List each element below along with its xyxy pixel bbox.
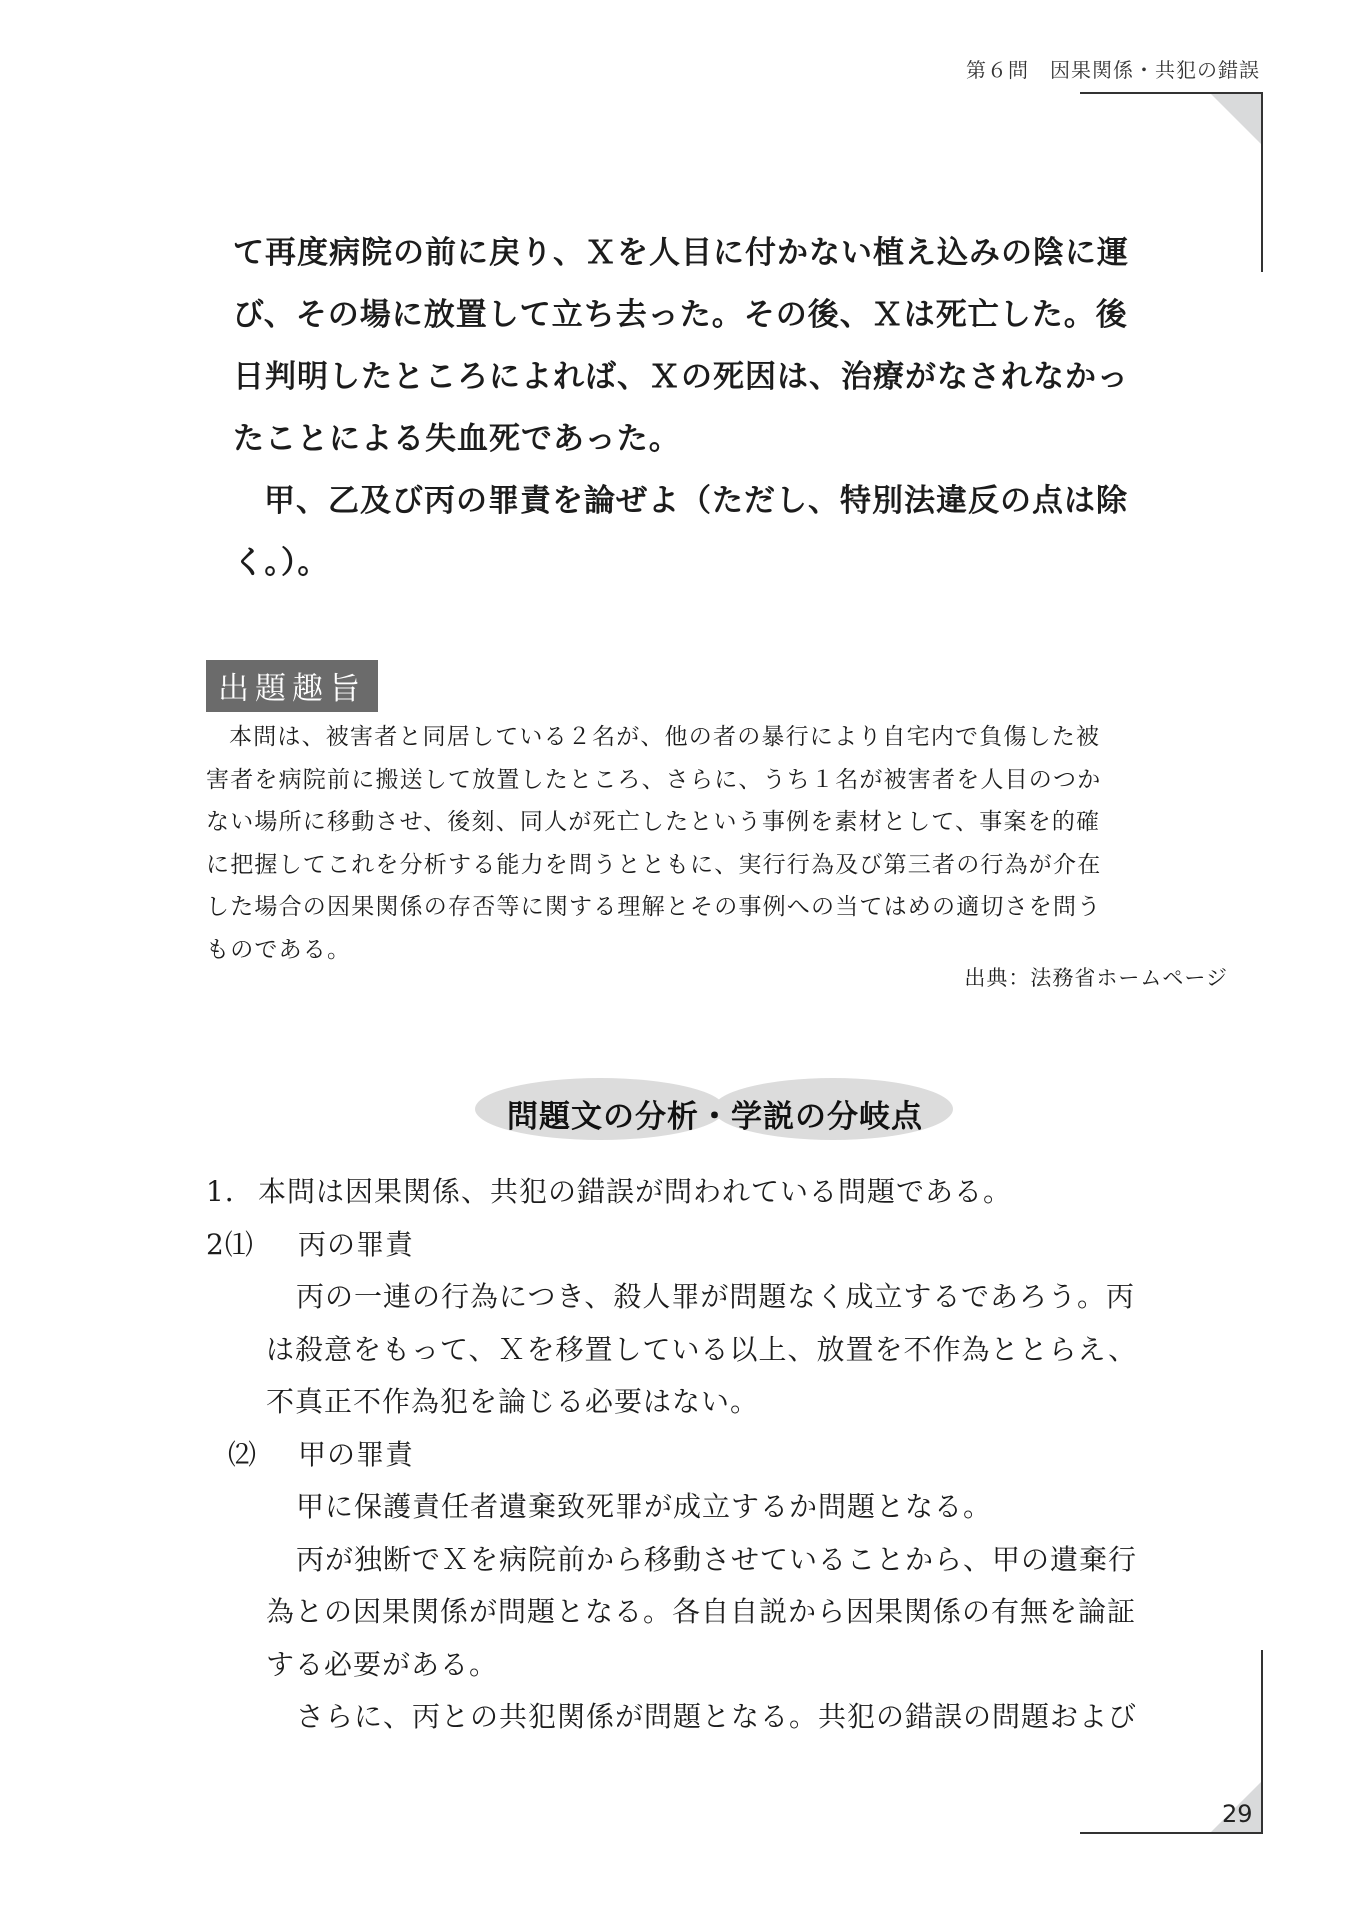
analysis-body: 1．本問は因果関係、共犯の錯誤が問われている問題である。 2⑴丙の罪責 丙の一連… [206,1166,1236,1744]
page-number: 29 [1222,1800,1253,1828]
item-number: ⑵ [228,1429,298,1482]
purpose-line: した場合の因果関係の存否等に関する理解とその事例への当てはめの適切さを問う [206,886,1226,929]
question-line: び、その場に放置して立ち去った。その後、Ｘは死亡した。後 [233,284,1203,346]
question-text: て再度病院の前に戻り、Ｘを人目に付かない植え込みの陰に運 び、その場に放置して立… [233,222,1203,594]
source-citation: 出典：法務省ホームページ [964,962,1228,992]
question-line: 日判明したところによれば、Ｘの死因は、治療がなされなかっ [233,346,1203,408]
item-number: 1． [206,1166,258,1219]
corner-triangle-top [1211,94,1261,144]
purpose-line: 害者を病院前に搬送して放置したところ、さらに、うち１名が被害者を人目のつか [206,759,1226,802]
analysis-line: 甲に保護責任者遺棄致死罪が成立するか問題となる。 [206,1481,1236,1534]
analysis-heading-text: 問題文の分析・学説の分岐点 [475,1091,955,1136]
question-instruction-line: 甲、乙及び丙の罪責を論ぜよ（ただし、特別法違反の点は除 [233,470,1203,532]
analysis-line: 不真正不作為犯を論じる必要はない。 [206,1376,1236,1429]
analysis-item-2-2-title: ⑵甲の罪責 [206,1429,1236,1482]
analysis-line: する必要がある。 [206,1639,1236,1692]
analysis-heading: 問題文の分析・学説の分岐点 [475,1078,955,1140]
item-text: 本問は因果関係、共犯の錯誤が問われている問題である。 [258,1175,1012,1208]
analysis-line: 為との因果関係が問題となる。各自自説から因果関係の有無を論証 [206,1586,1236,1639]
purpose-line: ない場所に移動させ、後刻、同人が死亡したという事例を素材として、事案を的確 [206,801,1226,844]
analysis-line: は殺意をもって、Ｘを移置している以上、放置を不作為ととらえ、 [206,1324,1236,1377]
question-line: て再度病院の前に戻り、Ｘを人目に付かない植え込みの陰に運 [233,222,1203,284]
analysis-line: さらに、丙との共犯関係が問題となる。共犯の錯誤の問題および [206,1691,1236,1744]
question-line: たことによる失血死であった。 [233,408,1203,470]
corner-rule-top-vertical [1261,92,1263,272]
corner-rule-bottom-horizontal [1080,1832,1263,1834]
purpose-line: 本問は、被害者と同居している２名が、他の者の暴行により自宅内で負傷した被 [206,716,1226,759]
purpose-section-label: 出題趣旨 [206,660,378,712]
item-title: 丙の罪責 [298,1228,414,1261]
item-number: 2⑴ [206,1219,298,1272]
corner-rule-bottom-vertical [1261,1650,1263,1834]
analysis-item-1: 1．本問は因果関係、共犯の錯誤が問われている問題である。 [206,1166,1236,1219]
running-head: 第６問 因果関係・共犯の錯誤 [966,54,1260,83]
analysis-item-2-1-title: 2⑴丙の罪責 [206,1219,1236,1272]
analysis-line: 丙の一連の行為につき、殺人罪が問題なく成立するであろう。丙 [206,1271,1236,1324]
item-title: 甲の罪責 [298,1438,414,1471]
question-instruction-line: く。）。 [233,532,1203,594]
purpose-line: に把握してこれを分析する能力を問うとともに、実行行為及び第三者の行為が介在 [206,844,1226,887]
analysis-line: 丙が独断でＸを病院前から移動させていることから、甲の遺棄行 [206,1534,1236,1587]
purpose-text: 本問は、被害者と同居している２名が、他の者の暴行により自宅内で負傷した被 害者を… [206,716,1226,971]
